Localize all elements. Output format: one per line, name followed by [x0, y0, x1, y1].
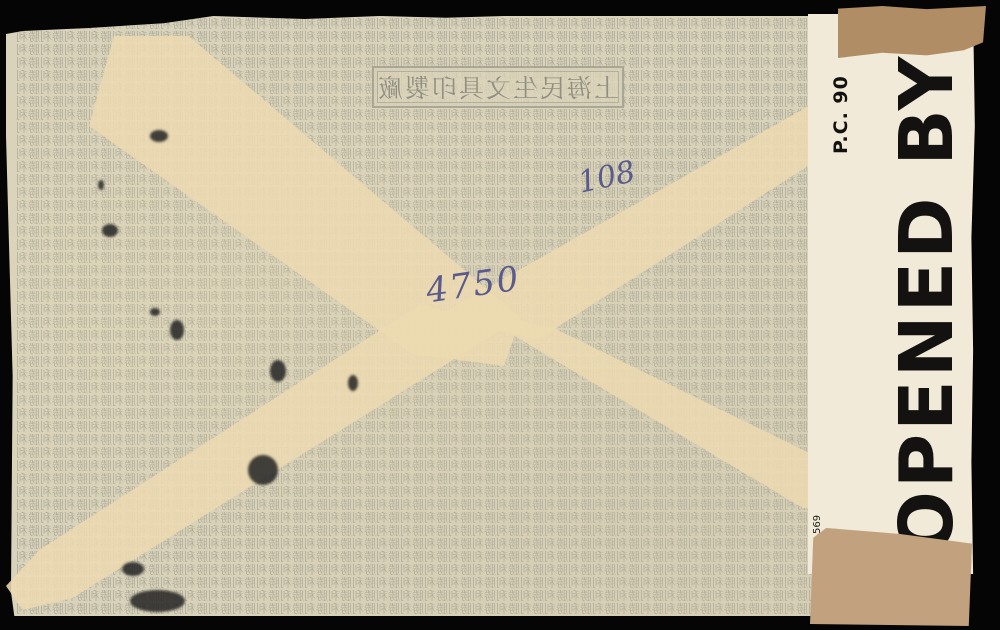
ink-spot [170, 320, 184, 340]
seal-patch-top [838, 6, 986, 58]
censor-text-block: OPENED BY P.C. 90 —569 [808, 14, 980, 574]
ink-spot [130, 590, 185, 612]
ink-spot [270, 360, 286, 382]
ink-spot [150, 308, 160, 316]
ink-spot [122, 562, 144, 576]
ink-spot [98, 180, 104, 190]
seal-patch-bottom [810, 528, 972, 626]
printer-imprint: 上海民生文具印製廠 [372, 66, 624, 108]
ink-spot [348, 375, 358, 391]
ink-spot [248, 455, 278, 485]
censor-code: P.C. 90 [830, 75, 852, 154]
opened-by-text: OPENED BY [884, 54, 970, 554]
imprint-text: 上海民生文具印製廠 [376, 69, 619, 105]
censor-tape: OPENED BY P.C. 90 —569 [808, 14, 980, 574]
ink-spot [150, 130, 168, 142]
cover-photo: 勝利勝利勝利勝利勝利勝利勝利勝利勝利勝利勝利勝利勝利勝利勝利勝利勝利勝利勝利勝利… [0, 0, 1000, 630]
ink-spot [102, 224, 118, 237]
